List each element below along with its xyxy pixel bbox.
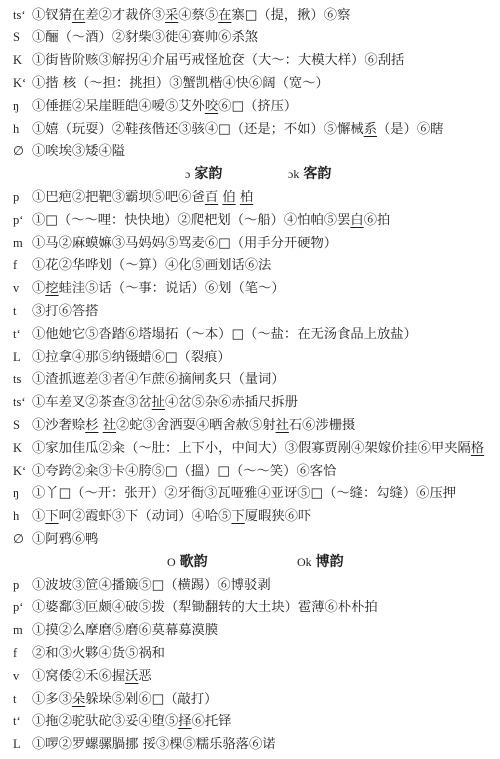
syllable-text: ④岔⑤杂⑥赤插尺拆册 xyxy=(165,395,298,410)
initial-consonant: m xyxy=(13,232,32,255)
rhyme-name: 博韵 xyxy=(316,554,344,570)
rhyme-name: 客韵 xyxy=(303,166,331,182)
syllable-row: K①家加佳瓜②籴（～肚：上下小，中间大）③假寡贾剐④架嫁价挂⑥甲夹隔格 xyxy=(0,437,500,460)
initial-consonant: L xyxy=(13,733,32,756)
syllable-text: ①马②麻蟆嫲③马妈妈⑤骂麦⑥□（用手分开硬物） xyxy=(32,236,337,251)
syllable-text: ①窝倭②禾⑥握 xyxy=(32,669,125,684)
syllable-text: ⑥托铎 xyxy=(192,714,232,729)
syllable-text: ①渣抓遮差③者④乍蔗⑥摘闸炙只（量词） xyxy=(32,372,285,387)
initial-consonant: S xyxy=(13,414,32,437)
syllable-row: f①花②华哗划（～算）④化⑤画划话⑥法 xyxy=(0,254,500,277)
underlined-char: 扯 xyxy=(152,395,165,410)
underlined-char: 格 xyxy=(471,441,484,456)
initial-consonant: K xyxy=(13,49,32,72)
syllable-text: 石⑥涉栅摄 xyxy=(289,418,355,433)
syllable-text: ①唉埃③矮④隘 xyxy=(32,144,125,159)
syllable-row: L①拉拿④那⑤纳镊蜡⑥□（裂痕） xyxy=(0,346,500,369)
syllable-text: ①酾（～酒）②豺柴③徙④赛帅⑥杀煞 xyxy=(32,30,258,45)
initial-consonant: t xyxy=(13,300,32,323)
syllable-text: ①夸跨②籴③卡④胯⑤□（搵）□（～～笑）⑥客恰 xyxy=(32,464,336,479)
syllable-text: ①拉拿④那⑤纳镊蜡⑥□（裂痕） xyxy=(32,350,231,365)
initial-consonant: tʻ xyxy=(13,710,32,733)
syllable-row: h①下呵②霞虾③下（动词）④哈⑤下厦暇狭⑥吓 xyxy=(0,505,500,528)
underlined-char: 挖 xyxy=(45,281,58,296)
rhyme-heading-left: ɔ家韵 xyxy=(185,163,222,186)
underlined-char: 百 xyxy=(205,190,218,205)
syllable-row: ŋ①丫□（～开：张开）②牙衙③瓦哑雅④亚讶⑤□（～缝：勾缝）⑥压押 xyxy=(0,482,500,505)
underlined-char: 社 xyxy=(103,418,116,433)
initial-consonant: S xyxy=(13,26,32,49)
underlined-char: 社 xyxy=(276,418,289,433)
syllable-text: ⑥拍 xyxy=(364,213,391,228)
syllable-row: S①酾（～酒）②豺柴③徙④赛帅⑥杀煞 xyxy=(0,26,500,49)
syllable-text: ②蛇③舍洒耍④晒舍赦⑤射 xyxy=(116,418,276,433)
syllable-text: ①嬉（玩耍）②鞋孩偕还③骇④□（还是；不如）⑤懈械 xyxy=(32,122,364,137)
underlined-char: 择 xyxy=(178,714,191,729)
underlined-char: 白 xyxy=(350,213,363,228)
syllable-row: t①多③朵躲垛⑤剁⑥□（敲打） xyxy=(0,688,500,711)
underlined-char: 朵 xyxy=(72,692,85,707)
syllable-text: 呵②霞虾③下（动词）④哈⑤ xyxy=(59,509,232,524)
initial-consonant: v xyxy=(13,277,32,300)
initial-consonant: h xyxy=(13,118,32,141)
syllable-text: （是）⑥瞎 xyxy=(377,122,443,137)
syllable-text: ①□（～～哩：快快地）②爬杷划（～船）④怕帕⑤罢 xyxy=(32,213,350,228)
rhyme-heading-right: Ok博韵 xyxy=(297,551,344,574)
initial-consonant: tsʻ xyxy=(13,4,32,27)
syllable-text: ①巴疤②把靶③霸坝⑤吧⑥爸 xyxy=(32,190,205,205)
syllable-text: ①波坡③笸④播簸⑤□（横踢）⑥博驳剥 xyxy=(32,578,271,593)
initial-consonant: L xyxy=(13,346,32,369)
syllable-row: v①挖蛙洼⑤话（～事：说话）⑥划（笔～） xyxy=(0,277,500,300)
syllable-text: ①拖②驼驮砣③妥④堕⑤ xyxy=(32,714,178,729)
initial-consonant: Kʻ xyxy=(13,460,32,483)
syllable-text: 差②才裁侪③ xyxy=(85,8,165,23)
syllable-text: ①丫□（～开：张开）②牙衙③瓦哑雅④亚讶⑤□（～缝：勾缝）⑥压押 xyxy=(32,486,456,501)
rhyme-symbol: ɔk xyxy=(288,167,299,181)
syllable-row: Kʻ①揩 核（～担：挑担）③蟹凯楷④快⑥阔（宽～） xyxy=(0,72,500,95)
syllable-row: m①摸②么摩磨⑤磨⑥莫幕募漠膜 xyxy=(0,619,500,642)
syllable-text: ⑥□（挤压） xyxy=(218,99,297,114)
rhyme-symbol: Ok xyxy=(297,555,312,569)
initial-consonant: p xyxy=(13,574,32,597)
syllable-row: tʻ①拖②驼驮砣③妥④堕⑤择⑥托铎 xyxy=(0,710,500,733)
syllable-text: ①沙奢赊 xyxy=(32,418,85,433)
syllable-row: ŋ①倕捱②呆崖睚皑④嗳⑤艾外咬⑥□（挤压） xyxy=(0,95,500,118)
syllable-text: 躲垛⑤剁⑥□（敲打） xyxy=(85,692,217,707)
syllable-text: 恶 xyxy=(138,669,151,684)
syllable-text: ① xyxy=(32,281,45,296)
syllable-text: ①倕捱②呆崖睚皑④嗳⑤艾外 xyxy=(32,99,205,114)
underlined-char: 柏 xyxy=(240,190,253,205)
syllable-row: p①巴疤②把靶③霸坝⑤吧⑥爸百 伯 柏 xyxy=(0,186,500,209)
syllable-text: ①街皆阶赅③解拐④介届丐戒怪尬奁（大～：大模大样）⑥刮括 xyxy=(32,53,404,68)
syllable-row: L①啰②罗螺骡腡挪 挼③棵⑤糯乐骆落⑥诺 xyxy=(0,733,500,756)
initial-consonant: m xyxy=(13,619,32,642)
rhyme-heading-right: ɔk客韵 xyxy=(288,163,331,186)
syllable-text: ①钗猜 xyxy=(32,8,72,23)
underlined-char: 沃 xyxy=(125,669,138,684)
syllable-text: ②和③火夥④货⑤祸和 xyxy=(32,646,165,661)
underlined-char: 杉 xyxy=(85,418,98,433)
initial-consonant: ts xyxy=(13,368,32,391)
syllable-text: ①啰②罗螺骡腡挪 挼③棵⑤糯乐骆落⑥诺 xyxy=(32,737,276,752)
underlined-char: 伯 xyxy=(222,190,235,205)
syllable-text: ③打⑥答搭 xyxy=(32,304,98,319)
syllable-row: t③打⑥答搭 xyxy=(0,300,500,323)
underlined-char: 系 xyxy=(364,122,377,137)
initial-consonant: pʻ xyxy=(13,209,32,232)
syllable-row: K①街皆阶赅③解拐④介届丐戒怪尬奁（大～：大模大样）⑥刮括 xyxy=(0,49,500,72)
syllable-text: ①家加佳瓜②籴（～肚：上下小，中间大）③假寡贾剐④架嫁价挂⑥甲夹隔 xyxy=(32,441,471,456)
syllable-row: ∅①阿鸦⑥鸭 xyxy=(0,528,500,551)
initial-consonant: f xyxy=(13,642,32,665)
syllable-text: ①阿鸦⑥鸭 xyxy=(32,532,98,547)
syllable-row: pʻ①□（～～哩：快快地）②爬杷划（～船）④怕帕⑤罢白⑥拍 xyxy=(0,209,500,232)
underlined-char: 下 xyxy=(231,509,244,524)
initial-consonant: K xyxy=(13,437,32,460)
syllable-row: Kʻ①夸跨②籴③卡④胯⑤□（搵）□（～～笑）⑥客恰 xyxy=(0,460,500,483)
syllable-text: ①摸②么摩磨⑤磨⑥莫幕募漠膜 xyxy=(32,623,218,638)
initial-consonant: h xyxy=(13,505,32,528)
rhyme-table-page: tsʻ①钗猜在差②才裁侪③采④蔡⑤在寨□（提，揪）⑥察 S①酾（～酒）②豺柴③徙… xyxy=(0,0,500,759)
initial-consonant: tʻ xyxy=(13,323,32,346)
syllable-text: ①花②华哗划（～算）④化⑤画划话⑥法 xyxy=(32,258,271,273)
syllable-text: ①车差叉②茶查③岔 xyxy=(32,395,152,410)
rhyme-heading: O歌韵 Ok博韵 xyxy=(0,551,500,574)
initial-consonant: p xyxy=(13,186,32,209)
syllable-row: p①波坡③笸④播簸⑤□（横踢）⑥博驳剥 xyxy=(0,574,500,597)
initial-consonant: v xyxy=(13,665,32,688)
syllable-text: ①他她它⑤沓踏⑥塔塌拓（～本）□（～盐：在无汤食品上放盐） xyxy=(32,327,417,342)
syllable-row: tsʻ①钗猜在差②才裁侪③采④蔡⑤在寨□（提，揪）⑥察 xyxy=(0,4,500,27)
syllable-row: tsʻ①车差叉②茶查③岔扯④岔⑤杂⑥赤插尺拆册 xyxy=(0,391,500,414)
syllable-text: ④蔡⑤ xyxy=(178,8,218,23)
underlined-char: 采 xyxy=(165,8,178,23)
initial-consonant: ŋ xyxy=(13,95,32,118)
syllable-row: h①嬉（玩耍）②鞋孩偕还③骇④□（还是；不如）⑤懈械系（是）⑥瞎 xyxy=(0,118,500,141)
initial-consonant: pʻ xyxy=(13,596,32,619)
underlined-char: 下 xyxy=(45,509,58,524)
initial-consonant: ŋ xyxy=(13,482,32,505)
syllable-text: ①婆鄱③叵颇④破⑤拨（犁锄翻转的大土块）雹薄⑥朴朴拍 xyxy=(32,600,378,615)
syllable-row: m①马②麻蟆嫲③马妈妈⑤骂麦⑥□（用手分开硬物） xyxy=(0,232,500,255)
rhyme-symbol: O xyxy=(167,555,176,569)
syllable-row: tʻ①他她它⑤沓踏⑥塔塌拓（～本）□（～盐：在无汤食品上放盐） xyxy=(0,323,500,346)
initial-consonant: Kʻ xyxy=(13,72,32,95)
syllable-row: v①窝倭②禾⑥握沃恶 xyxy=(0,665,500,688)
syllable-row: pʻ①婆鄱③叵颇④破⑤拨（犁锄翻转的大土块）雹薄⑥朴朴拍 xyxy=(0,596,500,619)
rhyme-name: 歌韵 xyxy=(180,554,208,570)
syllable-text: ①多③ xyxy=(32,692,72,707)
syllable-text: 蛙洼⑤话（～事：说话）⑥划（笔～） xyxy=(59,281,285,296)
initial-consonant: ∅ xyxy=(13,528,32,551)
initial-consonant: f xyxy=(13,254,32,277)
syllable-row: f②和③火夥④货⑤祸和 xyxy=(0,642,500,665)
underlined-char: 在 xyxy=(218,8,231,23)
syllable-row: S①沙奢赊杉 社②蛇③舍洒耍④晒舍赦⑤射社石⑥涉栅摄 xyxy=(0,414,500,437)
syllable-text: 寨□（提，揪）⑥察 xyxy=(231,8,350,23)
initial-consonant: t xyxy=(13,688,32,711)
rhyme-heading-left: O歌韵 xyxy=(167,551,208,574)
rhyme-heading: ɔ家韵 ɔk客韵 xyxy=(0,163,500,186)
rhyme-name: 家韵 xyxy=(194,166,222,182)
rhyme-symbol: ɔ xyxy=(185,167,190,181)
syllable-row: ∅①唉埃③矮④隘 xyxy=(0,140,500,163)
syllable-text: ① xyxy=(32,509,45,524)
syllable-text: ①揩 核（～担：挑担）③蟹凯楷④快⑥阔（宽～） xyxy=(32,76,329,91)
initial-consonant: tsʻ xyxy=(13,391,32,414)
underlined-char: 咬 xyxy=(205,99,218,114)
initial-consonant: ∅ xyxy=(13,140,32,163)
underlined-char: 在 xyxy=(72,8,85,23)
syllable-text: 厦暇狭⑥吓 xyxy=(245,509,311,524)
syllable-row: ts①渣抓遮差③者④乍蔗⑥摘闸炙只（量词） xyxy=(0,368,500,391)
